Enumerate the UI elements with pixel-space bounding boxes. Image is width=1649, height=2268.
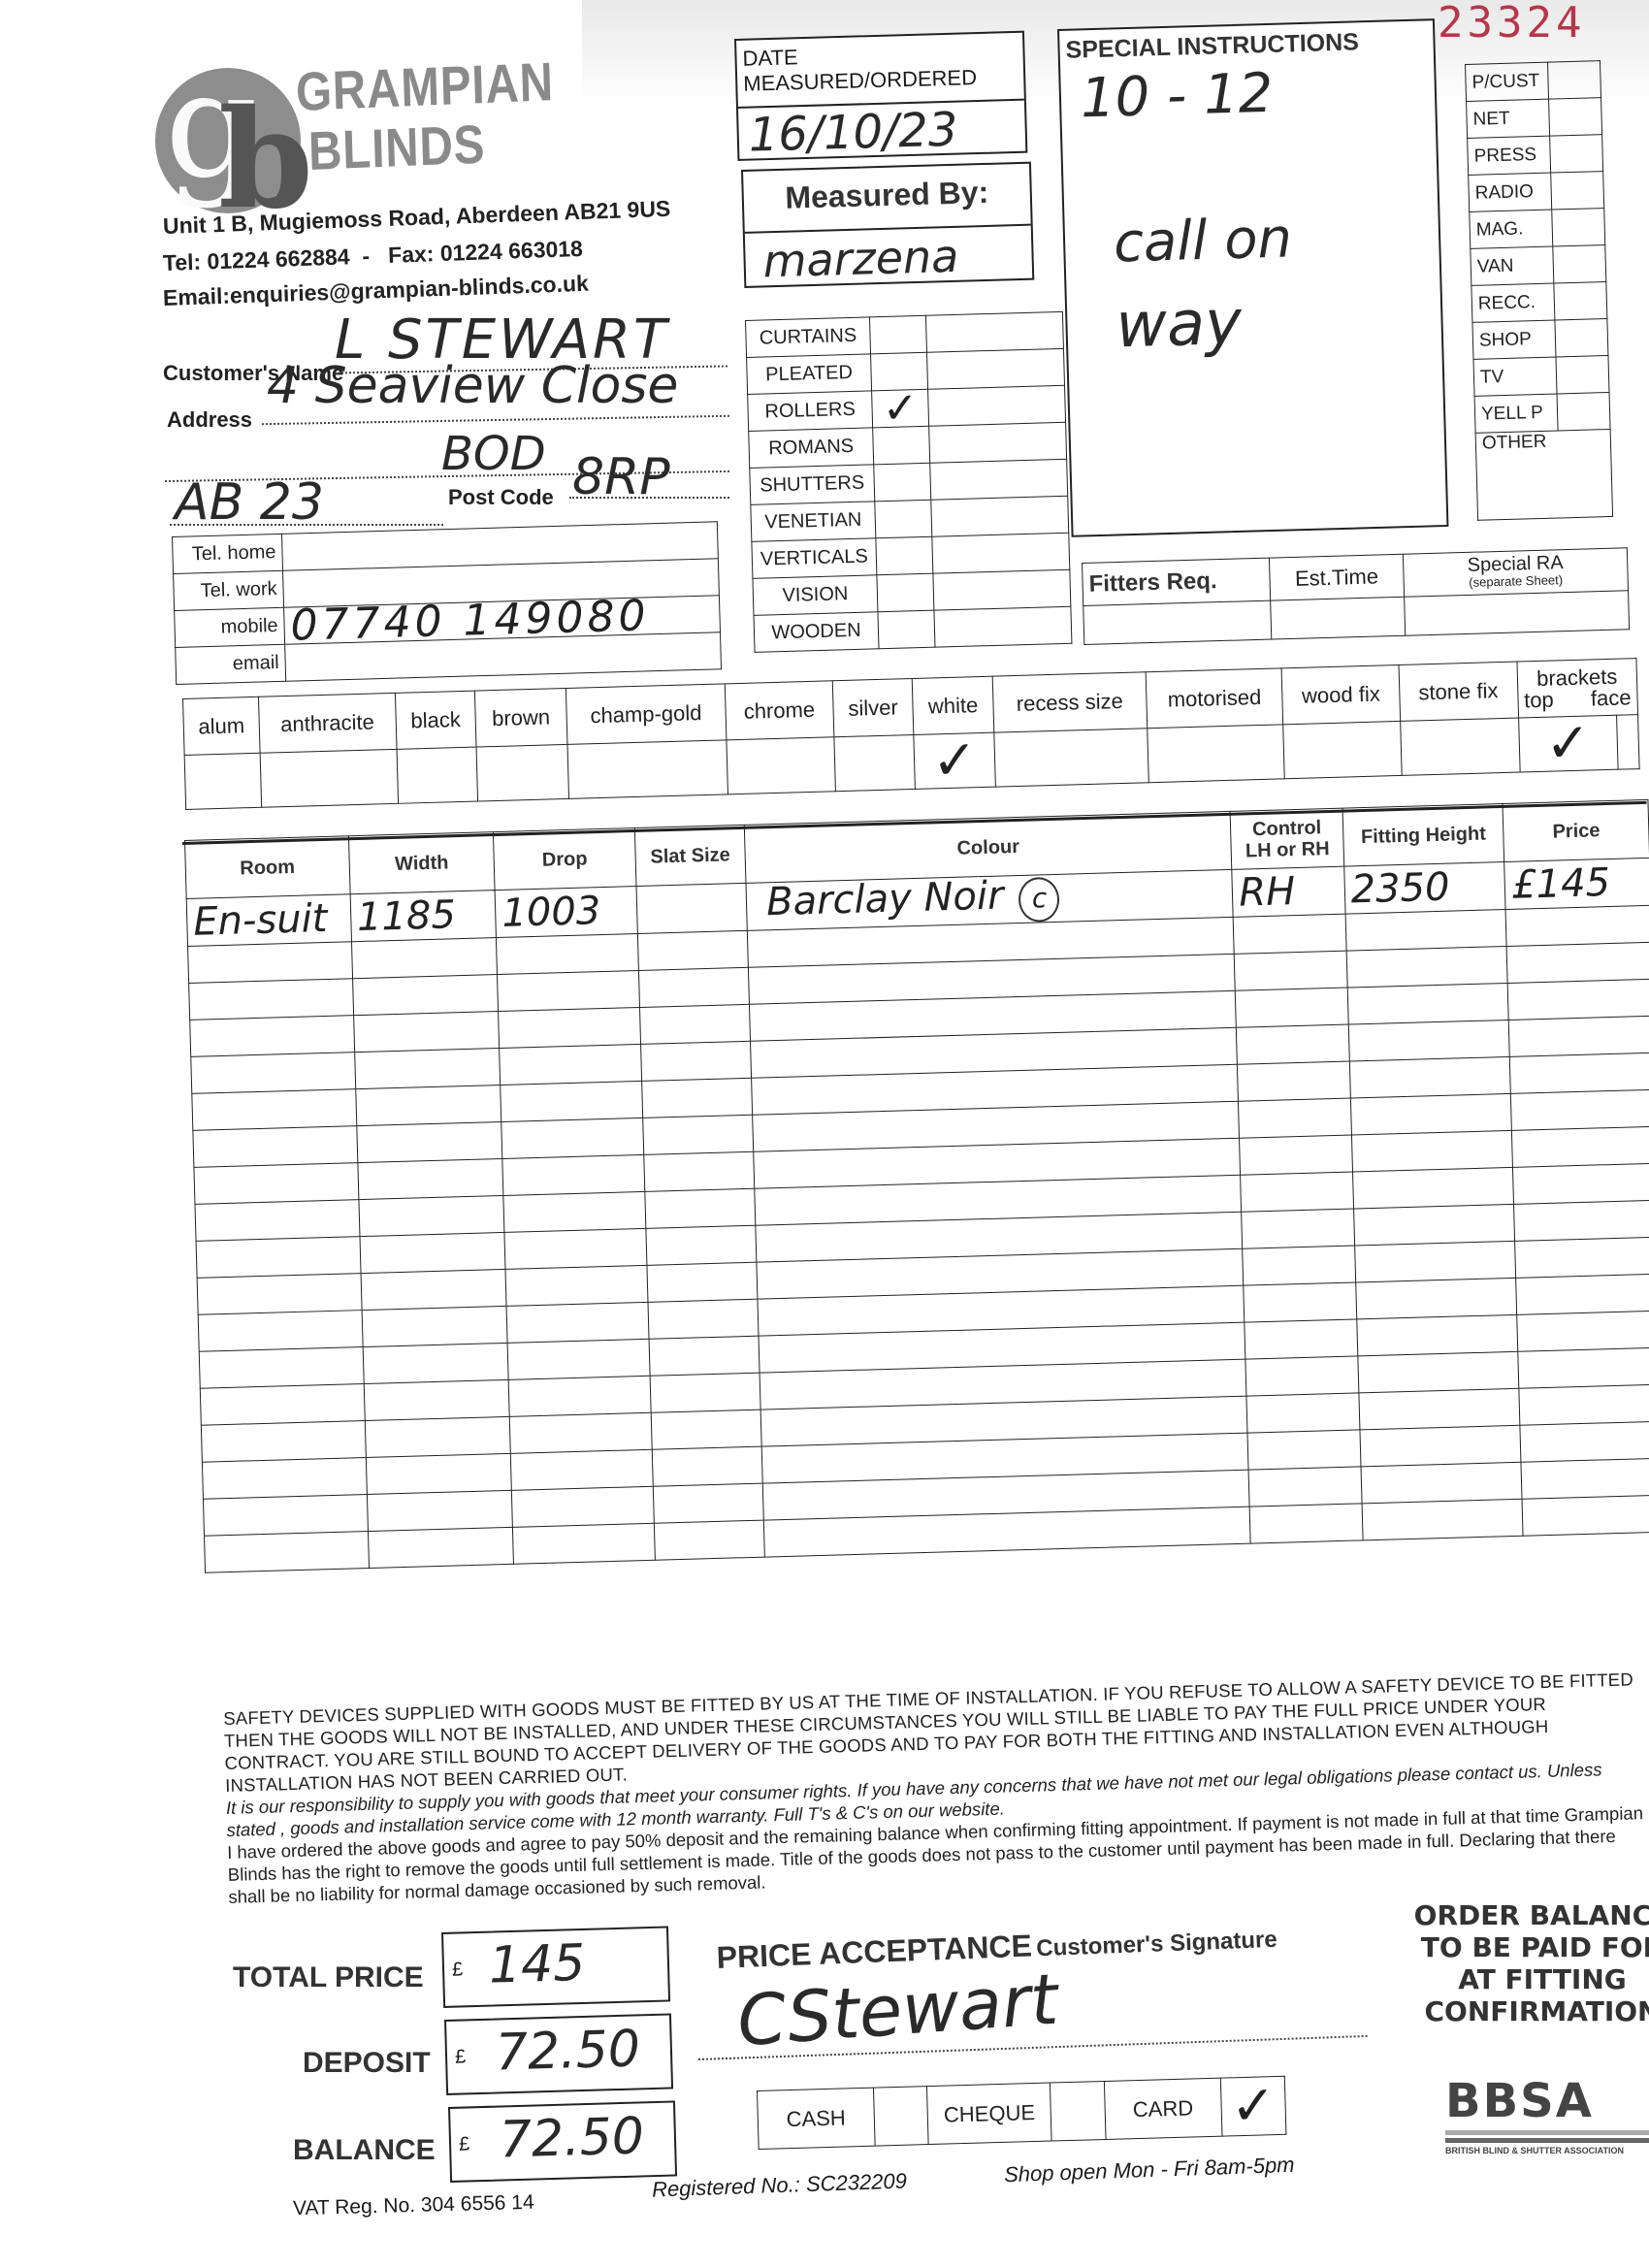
order-cell-control[interactable] [1242, 1209, 1354, 1248]
source-label: RADIO [1469, 173, 1552, 211]
order-cell-room[interactable]: En-suit [186, 894, 351, 947]
terms-text: SAFETY DEVICES SUPPLIED WITH GOODS MUST … [223, 1668, 1649, 1908]
product-type-row: WOODEN [754, 606, 1072, 652]
order-cell-slat[interactable] [636, 883, 748, 933]
payment-method-table: CASHCHEQUECARD✓ [757, 2076, 1286, 2150]
product-type-checkbox[interactable]: ✓ [872, 389, 929, 428]
form-number: 23324 [1438, 0, 1585, 48]
total-price-label: TOTAL PRICE [233, 1961, 424, 1994]
order-cell-width[interactable] [358, 1158, 504, 1199]
source-checkbox[interactable] [1556, 355, 1609, 393]
order-table: RoomWidthDropSlat SizeColourControl LH o… [184, 799, 1649, 1573]
source-checkbox[interactable] [1548, 98, 1601, 136]
order-cell-price[interactable] [1505, 905, 1649, 946]
est-time-label: Est.Time [1269, 554, 1404, 600]
brand-name-line2: BLINDS [307, 113, 486, 182]
order-cell-drop[interactable] [507, 1339, 650, 1379]
special-ra-input[interactable] [1405, 591, 1630, 635]
source-row: P/CUST [1466, 61, 1601, 102]
order-cell-drop[interactable] [500, 1044, 642, 1085]
order-cell-drop[interactable] [504, 1228, 647, 1269]
source-label: RECC. [1471, 283, 1555, 322]
contact-table: Tel. homeTel. workmobile07740 149080emai… [172, 521, 722, 685]
order-cell-width[interactable] [366, 1453, 512, 1494]
option-checkbox[interactable] [1400, 718, 1519, 775]
option-label: black [395, 691, 476, 749]
option-label: anthracite [258, 693, 396, 753]
order-cell-price[interactable] [1515, 1237, 1649, 1278]
order-cell-height[interactable] [1347, 983, 1509, 1024]
order-cell-width[interactable] [352, 975, 499, 1016]
order-column-header: Price [1503, 799, 1649, 861]
fitters-table: Fitters Req. Est.Time Special RA (separa… [1082, 547, 1630, 645]
order-cell-control[interactable] [1244, 1282, 1356, 1322]
order-cell-control[interactable] [1247, 1430, 1360, 1470]
product-type-label: ROMANS [749, 428, 874, 469]
contact-label: Tel. home [173, 534, 283, 573]
product-type-label: SHUTTERS [750, 465, 875, 505]
order-cell-drop[interactable] [513, 1523, 656, 1564]
order-cell-slat[interactable] [652, 1446, 762, 1486]
order-cell-control[interactable] [1241, 1172, 1353, 1212]
order-cell-height[interactable] [1348, 1020, 1510, 1061]
order-cell-price[interactable] [1513, 1163, 1649, 1204]
order-cell-width[interactable] [367, 1490, 513, 1531]
order-cell-height[interactable] [1351, 1130, 1513, 1172]
order-cell-price[interactable] [1512, 1126, 1649, 1167]
product-type-checkbox[interactable] [869, 315, 926, 354]
measured-by-box: Measured By: marzena [741, 162, 1034, 288]
order-cell-height[interactable] [1359, 1388, 1521, 1430]
payment-method-checkbox[interactable] [873, 2087, 928, 2147]
order-value-height: 2350 [1350, 865, 1450, 913]
order-cell-width[interactable] [365, 1416, 511, 1457]
order-cell-price[interactable] [1521, 1458, 1649, 1499]
payment-method-checkbox[interactable]: ✓ [1220, 2076, 1286, 2136]
order-cell-price[interactable] [1510, 1053, 1649, 1093]
order-value-width: 1185 [356, 892, 456, 940]
special-instructions-box: SPECIAL INSTRUCTIONS 10 - 12 call on way [1057, 18, 1448, 537]
order-cell-price[interactable] [1518, 1347, 1649, 1388]
deposit-label: DEPOSIT [303, 2047, 431, 2080]
order-cell-price[interactable] [1509, 1016, 1649, 1056]
order-cell-drop[interactable] [512, 1486, 655, 1527]
order-cell-drop[interactable]: 1003 [495, 887, 637, 938]
currency-symbol: £ [452, 1959, 464, 1981]
order-cell-price[interactable] [1508, 979, 1649, 1020]
registered-number: Registered No.: SC232209 [652, 2168, 908, 2202]
order-cell-room[interactable] [191, 1053, 356, 1094]
product-type-notes[interactable] [933, 569, 1071, 610]
currency-symbol: £ [455, 2046, 467, 2068]
vat-reg: VAT Reg. No. 304 6556 14 [293, 2191, 534, 2221]
order-cell-control[interactable] [1246, 1393, 1359, 1433]
contact-label: Tel. work [174, 570, 284, 610]
date-box: DATE MEASURED/ORDERED 16/10/23 [734, 31, 1027, 161]
order-cell-width[interactable] [351, 938, 498, 979]
payment-method-checkbox[interactable] [1051, 2081, 1106, 2141]
order-cell-slat[interactable] [646, 1225, 757, 1265]
product-type-label: VERTICALS [752, 538, 877, 579]
address-line-1 [262, 415, 729, 425]
order-cell-room[interactable] [199, 1347, 364, 1389]
source-checklist: P/CUSTNETPRESSRADIOMAG.VANRECC.SHOPTVYEL… [1465, 60, 1613, 521]
order-cell-width[interactable] [360, 1232, 506, 1273]
order-column-header: Slat Size [634, 825, 746, 886]
brackets-top-label: top [1524, 689, 1554, 711]
option-label: wood fix [1282, 664, 1401, 724]
company-tel: Tel: 01224 662884 [163, 243, 350, 275]
order-cell-drop[interactable] [501, 1118, 644, 1158]
source-label: SHOP [1472, 320, 1556, 359]
contact-label: mobile [175, 607, 285, 647]
bbsa-stripe [1445, 2130, 1649, 2135]
measured-by-label: Measured By: [743, 164, 1031, 234]
product-type-notes[interactable] [925, 311, 1063, 352]
order-cell-width[interactable] [355, 1085, 501, 1125]
address-label: Address [167, 407, 252, 433]
option-checkbox[interactable] [476, 744, 568, 801]
order-cell-room[interactable] [200, 1384, 365, 1426]
payment-method-label: CARD [1104, 2078, 1222, 2139]
source-row: TV [1473, 355, 1609, 396]
order-cell-slat[interactable] [651, 1409, 761, 1449]
product-type-label: PLEATED [747, 354, 872, 395]
option-checkbox[interactable] [834, 734, 916, 791]
source-checkbox[interactable] [1550, 172, 1603, 210]
deposit-value[interactable]: 72.50 [495, 2020, 640, 2082]
special-instructions-line3[interactable]: way [1067, 283, 1442, 362]
order-cell-slat[interactable] [642, 1115, 753, 1154]
order-cell-drop[interactable] [501, 1081, 643, 1121]
order-cell-drop[interactable] [505, 1265, 648, 1306]
postcode-label: Post Code [448, 485, 554, 510]
order-cell-price[interactable] [1519, 1384, 1649, 1425]
order-cell-height[interactable] [1350, 1093, 1512, 1135]
order-cell-slat[interactable] [640, 1041, 751, 1081]
order-cell-height[interactable] [1353, 1204, 1515, 1246]
option-label: stone fix [1399, 662, 1518, 721]
order-cell-height[interactable] [1354, 1241, 1516, 1282]
source-label: MAG. [1470, 210, 1553, 248]
order-cell-room[interactable] [193, 1126, 358, 1168]
order-cell-slat[interactable] [650, 1373, 760, 1412]
customer-signature[interactable]: CStewart [734, 1959, 1060, 2062]
option-label: brown [475, 688, 567, 747]
order-cell-price[interactable] [1506, 942, 1649, 983]
order-cell-control[interactable] [1248, 1467, 1361, 1507]
balance-notice-line4: CONFIRMATION [1397, 1995, 1649, 2027]
order-cell-width[interactable]: 1185 [350, 891, 497, 942]
date-value[interactable]: 16/10/23 [738, 101, 1025, 163]
order-cell-height[interactable] [1345, 909, 1507, 951]
options-table: alumanthraciteblackbrownchamp-goldchrome… [182, 658, 1640, 810]
order-cell-slat[interactable] [653, 1483, 763, 1523]
order-cell-drop[interactable] [503, 1191, 646, 1232]
option-label: alum [183, 697, 260, 755]
product-type-checkbox[interactable] [874, 463, 931, 502]
order-cell-price[interactable] [1517, 1311, 1649, 1351]
order-cell-width[interactable] [364, 1379, 510, 1420]
product-type-checkbox[interactable] [877, 573, 934, 612]
option-checkbox[interactable] [994, 729, 1148, 787]
balance-notice-line1: ORDER BALANCE [1397, 1899, 1649, 1931]
order-value-room: En-suit [193, 896, 328, 945]
bbsa-caption: BRITISH BLIND & SHUTTER ASSOCIATION [1445, 2146, 1649, 2155]
balance-value[interactable]: 72.50 [499, 2107, 644, 2169]
order-cell-room[interactable] [195, 1200, 360, 1242]
brackets-face-label: face [1591, 687, 1632, 709]
measured-by-value[interactable]: marzena [745, 226, 1033, 290]
product-type-notes[interactable] [928, 385, 1066, 426]
brackets-sub: topface [1524, 687, 1632, 711]
postcode-value[interactable]: 8RP [572, 448, 670, 506]
order-cell-room[interactable] [194, 1163, 359, 1205]
option-checkbox[interactable] [567, 740, 728, 799]
payment-method-label: CHEQUE [927, 2083, 1052, 2145]
order-cell-price[interactable] [1511, 1089, 1649, 1130]
order-cell-price[interactable]: £145 [1504, 858, 1649, 909]
option-label: recess size [992, 672, 1147, 732]
order-cell-slat[interactable] [649, 1336, 760, 1376]
order-cell-height[interactable] [1346, 946, 1508, 988]
order-cell-slat[interactable] [654, 1520, 764, 1560]
order-cell-width[interactable] [361, 1269, 507, 1310]
source-checkbox[interactable] [1553, 245, 1606, 283]
order-cell-height[interactable] [1357, 1314, 1519, 1356]
order-cell-slat[interactable] [644, 1151, 755, 1191]
order-cell-height[interactable] [1355, 1278, 1517, 1319]
address-value-2[interactable]: BOD [441, 427, 546, 481]
address-value-1[interactable]: 4 Seaview Close [267, 357, 678, 415]
price-acceptance-subtitle: Customer's Signature [1036, 1927, 1277, 1962]
option-checkbox[interactable] [260, 749, 398, 807]
order-cell-control[interactable] [1238, 1061, 1350, 1101]
order-cell-height[interactable] [1349, 1056, 1511, 1098]
product-type-checkbox[interactable] [876, 536, 933, 575]
source-row: RECC. [1471, 282, 1607, 323]
order-cell-room[interactable] [203, 1495, 368, 1537]
product-type-checkbox[interactable] [875, 500, 932, 538]
source-row: RADIO [1469, 172, 1604, 212]
option-checkbox[interactable] [1148, 725, 1285, 783]
brackets-top-checkbox[interactable]: ✓ [1518, 715, 1618, 772]
order-cell-control[interactable] [1236, 988, 1348, 1027]
order-cell-room[interactable] [189, 979, 354, 1021]
product-type-label: VENETIAN [751, 502, 876, 542]
balance-notice: ORDER BALANCE TO BE PAID FOR AT FITTING … [1397, 1899, 1649, 2027]
order-cell-height[interactable] [1360, 1425, 1522, 1467]
order-cell-price[interactable] [1514, 1200, 1649, 1241]
order-cell-width[interactable] [353, 1012, 500, 1053]
special-instructions-line2[interactable]: call on [1064, 206, 1439, 275]
order-cell-slat[interactable] [641, 1078, 752, 1118]
bbsa-stripe [1445, 2138, 1649, 2143]
product-type-notes[interactable] [931, 496, 1069, 536]
order-cell-control[interactable]: RH [1232, 866, 1345, 917]
balance-notice-line2: TO BE PAID FOR [1397, 1931, 1649, 1963]
source-checkbox[interactable] [1557, 392, 1610, 430]
order-cell-room[interactable] [205, 1531, 370, 1572]
order-cell-width[interactable] [354, 1049, 501, 1089]
option-label: silver [832, 678, 914, 736]
source-checkbox[interactable] [1555, 319, 1608, 357]
option-checkbox[interactable] [397, 747, 478, 803]
source-label: PRESS [1468, 136, 1551, 175]
source-label: YELL P [1474, 394, 1558, 433]
order-value-colour: Barclay Noir [766, 873, 1005, 924]
product-type-label: CURTAINS [746, 317, 871, 358]
order-cell-width[interactable] [368, 1527, 514, 1568]
product-type-checklist: CURTAINSPLEATEDROLLERS✓ROMANSSHUTTERSVEN… [745, 311, 1072, 653]
special-ra-label: Special RA (separate Sheet) [1403, 548, 1628, 597]
order-cell-width[interactable] [359, 1195, 505, 1236]
order-cell-price[interactable] [1522, 1495, 1649, 1536]
company-contact-line: Tel: 01224 662884 - Fax: 01224 663018 [163, 236, 584, 276]
order-cell-price[interactable] [1520, 1421, 1649, 1462]
order-value-control: RH [1239, 869, 1296, 916]
deposit-box: £ 72.50 [444, 2013, 673, 2095]
source-checkbox[interactable] [1552, 209, 1605, 246]
order-cell-control[interactable] [1235, 951, 1347, 990]
option-checkbox[interactable] [1283, 721, 1402, 778]
balance-box: £ 72.50 [448, 2100, 677, 2183]
source-label: VAN [1471, 246, 1554, 285]
source-row: MAG. [1470, 209, 1605, 249]
product-type-notes[interactable] [930, 459, 1068, 500]
company-fax: Fax: 01224 663018 [388, 236, 584, 268]
company-email: Email:enquiries@grampian-blinds.co.uk [163, 271, 590, 311]
order-column-header: Width [348, 832, 495, 894]
order-column-header: Fitting Height [1342, 804, 1504, 867]
fitters-req-label: Fitters Req. [1083, 558, 1271, 605]
fitters-req-input[interactable] [1083, 600, 1272, 644]
order-cell-room[interactable] [188, 942, 353, 984]
option-checkbox[interactable]: ✓ [914, 732, 995, 789]
source-label: TV [1473, 357, 1557, 396]
order-cell-control[interactable] [1249, 1504, 1362, 1543]
brackets-face-checkbox[interactable] [1616, 715, 1639, 770]
order-cell-height[interactable] [1361, 1462, 1523, 1504]
order-cell-drop[interactable] [502, 1154, 645, 1195]
order-cell-width[interactable] [356, 1121, 502, 1162]
order-cell-control[interactable] [1233, 914, 1345, 954]
order-cell-control[interactable] [1245, 1356, 1358, 1396]
total-price-box: £ 145 [441, 1926, 670, 2008]
order-column-header: Drop [494, 828, 636, 891]
order-cell-drop[interactable] [511, 1449, 654, 1490]
source-label: NET [1467, 99, 1550, 138]
bbsa-logo-text: BBSA [1445, 2074, 1649, 2128]
order-cell-slat[interactable] [637, 930, 748, 970]
payment-method-label: CASH [758, 2088, 875, 2149]
order-cell-height[interactable] [1358, 1351, 1520, 1393]
order-cell-control[interactable] [1245, 1319, 1357, 1359]
special-instructions-line1[interactable]: 10 - 12 [1060, 60, 1436, 129]
bbsa-logo: BBSA BRITISH BLIND & SHUTTER ASSOCIATION [1445, 2074, 1649, 2155]
balance-label: BALANCE [293, 2134, 436, 2167]
product-type-notes[interactable] [929, 422, 1067, 463]
currency-symbol: £ [459, 2133, 470, 2155]
order-cell-room[interactable] [202, 1458, 367, 1500]
order-cell-control[interactable] [1237, 1024, 1349, 1064]
order-cell-slat[interactable] [648, 1299, 759, 1339]
option-label: motorised [1146, 668, 1283, 729]
order-cell-room[interactable] [192, 1089, 357, 1131]
source-row: SHOP [1472, 319, 1608, 360]
order-cell-drop[interactable] [497, 933, 639, 974]
order-cell-room[interactable] [197, 1274, 362, 1315]
source-checkbox[interactable] [1549, 135, 1602, 173]
product-type-notes[interactable] [934, 606, 1072, 647]
order-cell-price[interactable] [1516, 1274, 1649, 1314]
order-value-price: £145 [1511, 860, 1611, 908]
source-row: PRESS [1468, 135, 1603, 176]
est-time-input[interactable] [1271, 597, 1406, 639]
source-row: NET [1467, 98, 1602, 139]
order-cell-slat[interactable] [639, 1004, 750, 1044]
order-cell-drop[interactable] [509, 1412, 652, 1453]
source-row: VAN [1471, 245, 1606, 286]
source-row: YELL P [1474, 392, 1610, 433]
order-cell-room[interactable] [201, 1421, 366, 1463]
source-label: OTHER [1475, 429, 1612, 520]
order-cell-room[interactable] [198, 1311, 363, 1352]
brand-name-line1: GRAMPIAN [295, 49, 555, 123]
order-cell-control[interactable] [1243, 1246, 1355, 1285]
option-label: white [913, 676, 994, 734]
order-cell-slat[interactable] [647, 1262, 758, 1302]
product-type-notes[interactable] [927, 348, 1065, 389]
product-type-notes[interactable] [932, 533, 1070, 573]
order-cell-slat[interactable] [638, 967, 749, 1007]
source-checkbox[interactable] [1554, 282, 1607, 320]
option-label: champ-gold [566, 684, 727, 745]
balance-notice-line3: AT FITTING [1397, 1963, 1649, 1995]
option-label: chrome [725, 681, 833, 740]
source-checkbox[interactable] [1547, 61, 1600, 99]
product-type-checkbox[interactable] [878, 610, 935, 649]
source-label: P/CUST [1466, 62, 1549, 101]
order-cell-drop[interactable] [498, 970, 640, 1011]
order-cell-height[interactable] [1352, 1167, 1514, 1209]
address-line-3 [170, 524, 443, 526]
contact-label: email [176, 644, 286, 684]
order-cell-drop[interactable] [508, 1376, 651, 1416]
order-cell-width[interactable] [362, 1306, 508, 1346]
order-cell-control[interactable] [1240, 1135, 1352, 1175]
product-type-label: ROLLERS [748, 391, 873, 432]
order-cell-room[interactable] [190, 1016, 355, 1057]
source-row: OTHER [1475, 429, 1612, 520]
date-label: DATE MEASURED/ORDERED [736, 33, 1024, 109]
shop-hours: Shop open Mon - Fri 8am-5pm [1004, 2153, 1295, 2187]
order-cell-slat[interactable] [645, 1188, 756, 1228]
address-value-3[interactable]: AB 23 [175, 473, 324, 532]
option-checkbox[interactable] [184, 753, 261, 809]
option-checkbox[interactable] [727, 737, 835, 794]
order-cell-drop[interactable] [499, 1007, 641, 1048]
order-cell-height[interactable]: 2350 [1343, 862, 1505, 915]
order-cell-drop[interactable] [506, 1302, 649, 1343]
product-type-label: VISION [753, 575, 878, 616]
order-column-header: Control LH or RH [1230, 808, 1343, 869]
order-cell-width[interactable] [363, 1343, 509, 1383]
order-cell-room[interactable] [196, 1237, 361, 1279]
order-cell-control[interactable] [1239, 1098, 1351, 1138]
order-cell-height[interactable] [1362, 1499, 1524, 1540]
total-price-value[interactable]: 145 [488, 1934, 586, 1995]
